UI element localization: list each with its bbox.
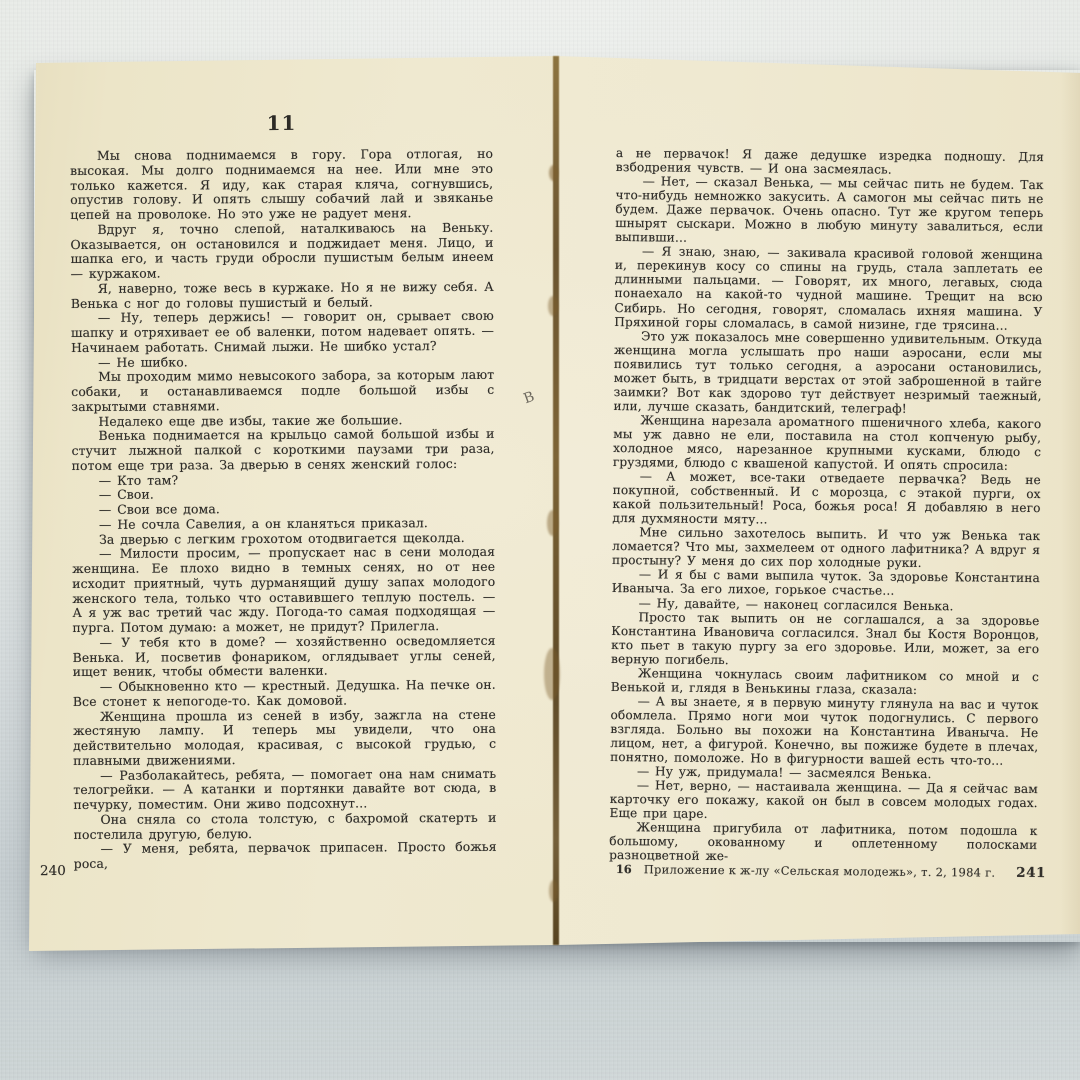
paragraph: Женщина нарезала ароматного пшеничного х…: [613, 413, 1042, 473]
binding-stain: [548, 296, 558, 316]
paragraph: Просто так выпить он не соглашался, а за…: [611, 610, 1040, 670]
paragraph: — А может, все-таки отведаете первачка? …: [612, 469, 1041, 529]
page-number-right: 241: [1016, 865, 1046, 881]
paragraph: Я, наверно, тоже весь в куржаке. Но я не…: [71, 280, 494, 312]
left-page-text: Мы снова поднимаемся в гору. Гора отлога…: [70, 147, 497, 872]
paragraph: — Нет, верно, — настаивала женщина. — Да…: [610, 778, 1038, 824]
paragraph: — А вы знаете, я в первую минуту глянула…: [610, 694, 1039, 768]
book-photo: В 11 Мы снова поднимаемся в гору. Гора о…: [0, 0, 1080, 1080]
paragraph: — Нет, — сказал Венька, — мы сейчас пить…: [615, 174, 1044, 248]
binding-stain: [547, 510, 558, 536]
right-page-text: а не первачок! Я даже дедушке изредка по…: [609, 146, 1044, 866]
paragraph: — Обыкновенно кто — крестный. Дедушка. Н…: [73, 678, 496, 710]
binding-stain: [549, 165, 558, 181]
binding-stain: [544, 648, 560, 700]
paragraph: Это уж показалось мне совершенно удивите…: [613, 329, 1042, 417]
paragraph: — У меня, ребята, первачок припасен. Про…: [74, 840, 497, 872]
paragraph: — И я бы с вами выпила чуток. За здоровь…: [612, 567, 1040, 599]
paragraph: — Я знаю, знаю, — закивала красивой голо…: [614, 244, 1043, 332]
paragraph: Мы снова поднимаемся в гору. Гора отлога…: [70, 147, 493, 223]
paragraph: Вдруг я, точно слепой, наталкиваюсь на В…: [70, 221, 493, 282]
paragraph: Женщина пригубила от лафитника, потом по…: [609, 820, 1037, 866]
paragraph: Она сняла со стола толстую, с бахромой с…: [73, 811, 496, 843]
chapter-heading: 11: [70, 110, 493, 136]
paragraph: — Ну, теперь держись! — говорит он, срыв…: [71, 309, 494, 355]
book-binding-gutter: [553, 56, 559, 945]
paragraph: — У тебя кто в доме? — хозяйственно осве…: [73, 634, 496, 680]
paragraph: Венька поднимается на крыльцо самой боль…: [71, 427, 494, 473]
footer-imprint: Приложение к ж-лу «Сельская молодежь», т…: [644, 862, 996, 879]
paragraph: Женщина чокнулась своим лафитником со мн…: [611, 666, 1039, 698]
paragraph: Мне сильно захотелось выпить. И что уж В…: [612, 525, 1040, 571]
paragraph: Мы проходим мимо невысокого забора, за к…: [71, 368, 494, 414]
paragraph: — Разболакайтесь, ребята, — помогает она…: [73, 766, 496, 812]
printer-signature-number: 16: [616, 862, 632, 876]
paragraph: Женщина прошла из сеней в избу, зажгла н…: [73, 707, 496, 768]
page-number-left: 240: [40, 863, 66, 879]
binding-stain: [549, 880, 558, 902]
paragraph: — Милости просим, — пропускает нас в сен…: [72, 545, 495, 636]
paragraph: а не первачок! Я даже дедушке изредка по…: [616, 146, 1044, 178]
